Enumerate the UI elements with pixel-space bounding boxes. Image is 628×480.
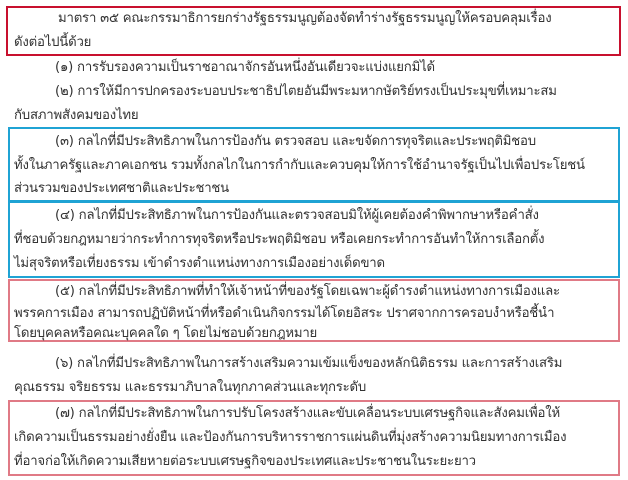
item-2-line-2: กับสภาพสังคมของไทย	[14, 104, 138, 128]
item-2-line-1: (๒) การให้มีการปกครองระบอบประชาธิปไตยอัน…	[55, 80, 557, 104]
item-5-line-3: โดยบุคคลหรือคณะบุคคลใด ๆ โดยไม่ชอบด้วยกฎ…	[14, 322, 317, 346]
item-4-line-1: (๔) กลไกที่มีประสิทธิภาพในการป้องกันและต…	[55, 204, 539, 228]
item-3-line-3: ส่วนรวมของประเทศชาติและประชาชน	[14, 177, 229, 201]
item-6-line-2: คุณธรรม จริยธรรม และธรรมาภิบาลในทุกภาคส่…	[14, 376, 366, 400]
item-5-line-1: (๕) กลไกที่มีประสิทธิภาพที่ทำให้เจ้าหน้า…	[55, 280, 560, 304]
item-7-line-1: (๗) กลไกที่มีประสิทธิภาพในการปรับโครงสร้…	[55, 402, 560, 426]
intro-line-1: มาตรา ๓๕ คณะกรรมาธิการยกร่างรัฐธรรมนูญต้…	[58, 7, 551, 31]
item-3-line-1: (๓) กลไกที่มีประสิทธิภาพในการป้องกัน ตรว…	[55, 130, 536, 154]
item-7-line-3: ที่อาจก่อให้เกิดความเสียหายต่อระบบเศรษฐก…	[14, 450, 476, 474]
item-1-line-1: (๑) การรับรองความเป็นราชอาณาจักรอันหนึ่ง…	[55, 56, 435, 80]
intro-line-2: ดังต่อไปนี้ด้วย	[14, 31, 91, 55]
item-4-line-3: ไม่สุจริตหรือเที่ยงธรรม เข้าดำรงตำแหน่งท…	[14, 252, 385, 276]
item-3-line-2: ทั้งในภาครัฐและภาคเอกชน รวมทั้งกลไกในการ…	[14, 154, 585, 178]
item-6-line-1: (๖) กลไกที่มีประสิทธิภาพในการสร้างเสริมค…	[55, 352, 562, 376]
item-7-line-2: เกิดความเป็นธรรมอย่างยั่งยืน และป้องกันก…	[14, 426, 566, 450]
item-4-line-2: ที่ชอบด้วยกฎหมายว่ากระทำการทุจริตหรือประ…	[14, 228, 544, 252]
